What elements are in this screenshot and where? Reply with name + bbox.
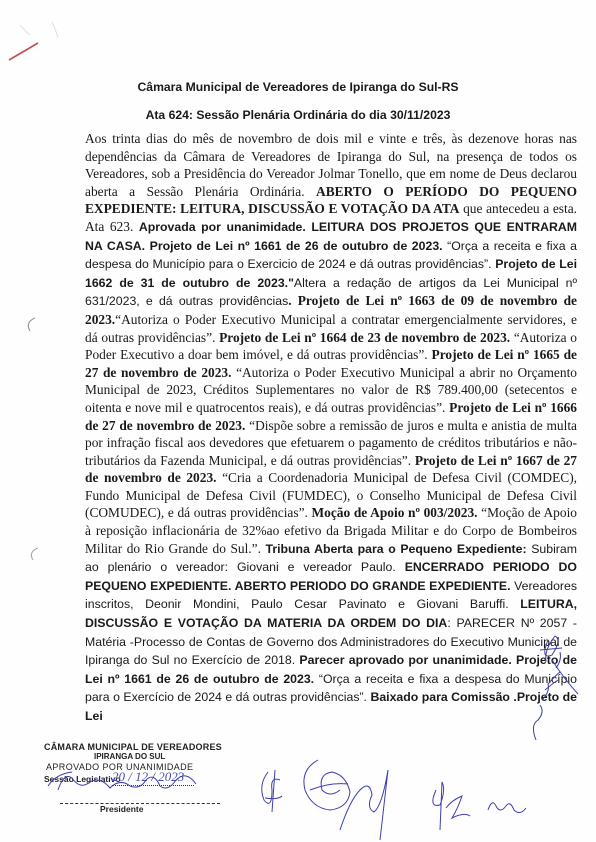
punch-mark-icon	[31, 548, 38, 560]
margin-mark-icon	[9, 22, 58, 60]
signature-ink-icon	[48, 636, 578, 840]
handwritten-signatures	[0, 0, 596, 842]
document-page: Câmara Municipal de Vereadores de Ipiran…	[0, 0, 596, 842]
punch-mark-icon	[28, 318, 35, 331]
